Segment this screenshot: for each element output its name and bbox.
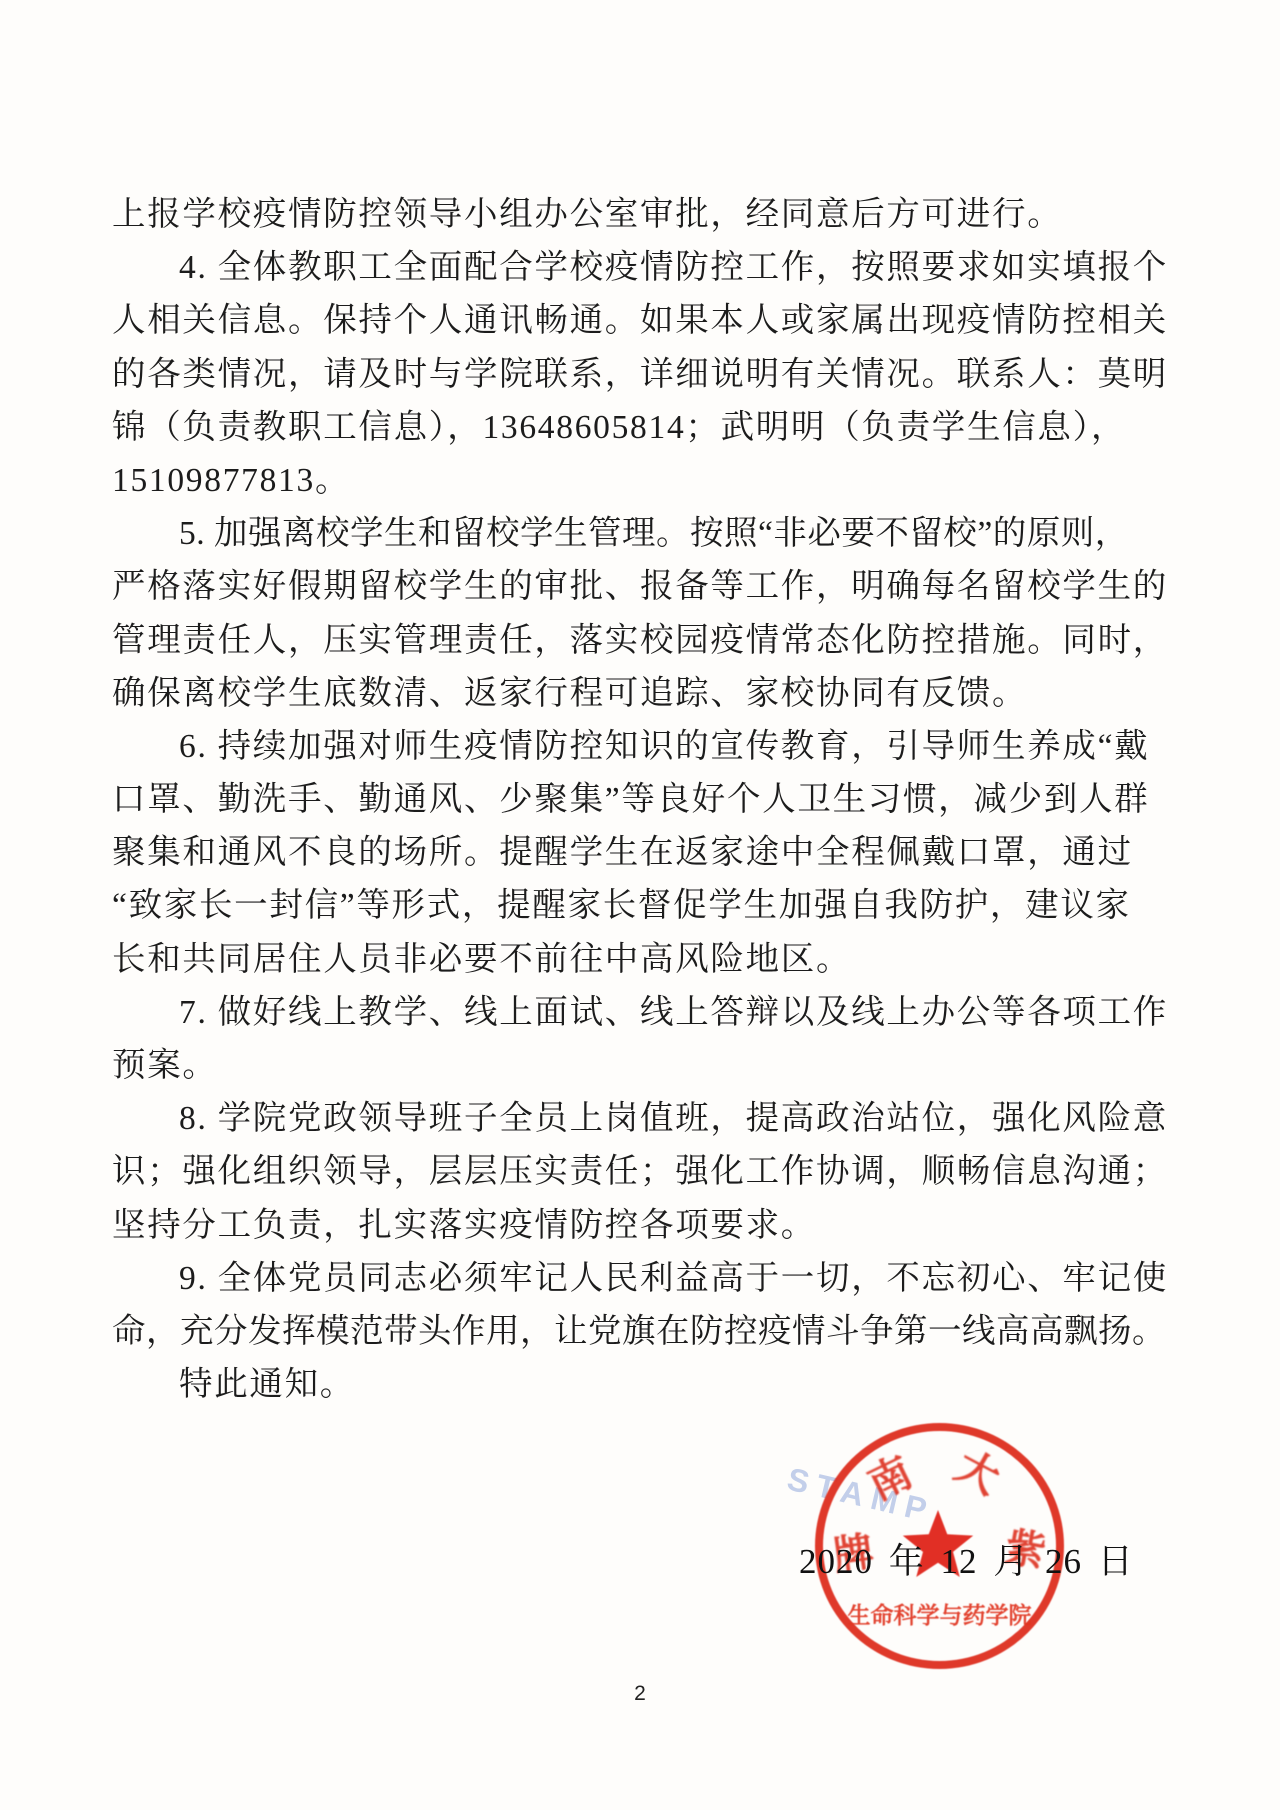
seal-arc-char: 大 [946,1434,1011,1507]
text-line: 的各类情况，请及时与学院联系，详细说明有关情况。联系人：莫明 [112,348,1172,401]
text-line: 口罩、勤洗手、勤通风、少聚集”等良好个人卫生习惯，减少到人群 [112,773,1172,826]
text-line: “致家长一封信”等形式，提醒家长督促学生加强自我防护，建议家 [112,879,1172,932]
text-line: 上报学校疫情防控领导小组办公室审批，经同意后方可进行。 [112,188,1172,241]
text-line: 7. 做好线上教学、线上面试、线上答辩以及线上办公等各项工作 [112,986,1172,1039]
document-page: 上报学校疫情防控领导小组办公室审批，经同意后方可进行。 4. 全体教职工全面配合… [0,0,1280,1810]
text-line: 8. 学院党政领导班子全员上岗值班，提高政治站位，强化风险意 [112,1092,1172,1145]
document-body: 上报学校疫情防控领导小组办公室审批，经同意后方可进行。 4. 全体教职工全面配合… [112,188,1172,1411]
text-line: 管理责任人，压实管理责任，落实校园疫情常态化防控措施。同时， [112,614,1172,667]
text-line: 5. 加强离校学生和留校学生管理。按照“非必要不留校”的原则， [112,507,1172,560]
text-line: 锦（负责教职工信息），13648605814；武明明（负责学生信息）， [112,401,1172,454]
text-line: 命，充分发挥模范带头作用，让党旗在防控疫情斗争第一线高高飘扬。 [112,1305,1172,1358]
seal-organization-name: 生命科学与药学院 [815,1597,1064,1630]
text-line: 长和共同居住人员非必要不前往中高风险地区。 [112,933,1172,986]
text-line: 特此通知。 [112,1358,1172,1411]
text-line: 聚集和通风不良的场所。提醒学生在返家途中全程佩戴口罩，通过 [112,826,1172,879]
text-line: 坚持分工负责，扎实落实疫情防控各项要求。 [112,1199,1172,1252]
text-line: 识；强化组织领导，层层压实责任；强化工作协调，顺畅信息沟通； [112,1145,1172,1198]
text-line: 预案。 [112,1039,1172,1092]
text-line: 确保离校学生底数清、返家行程可追踪、家校协同有反馈。 [112,667,1172,720]
text-line: 人相关信息。保持个人通讯畅通。如果本人或家属出现疫情防控相关 [112,294,1172,347]
text-line: 严格落实好假期留校学生的审批、报备等工作，明确每名留校学生的 [112,560,1172,613]
text-line: 6. 持续加强对师生疫情防控知识的宣传教育，引导师生养成“戴 [112,720,1172,773]
stamp-watermark-text: STAMP [784,1461,938,1531]
issue-date: 2020 年 12 月 26 日 [799,1534,1134,1584]
text-line: 9. 全体党员同志必须牢记人民利益高于一切，不忘初心、牢记使 [112,1252,1172,1305]
seal-arc-char: 南 [857,1440,921,1512]
text-line: 15109877813。 [112,454,1172,507]
text-line: 4. 全体教职工全面配合学校疫情防控工作，按照要求如实填报个 [112,241,1172,294]
page-number: 2 [0,1682,1280,1706]
